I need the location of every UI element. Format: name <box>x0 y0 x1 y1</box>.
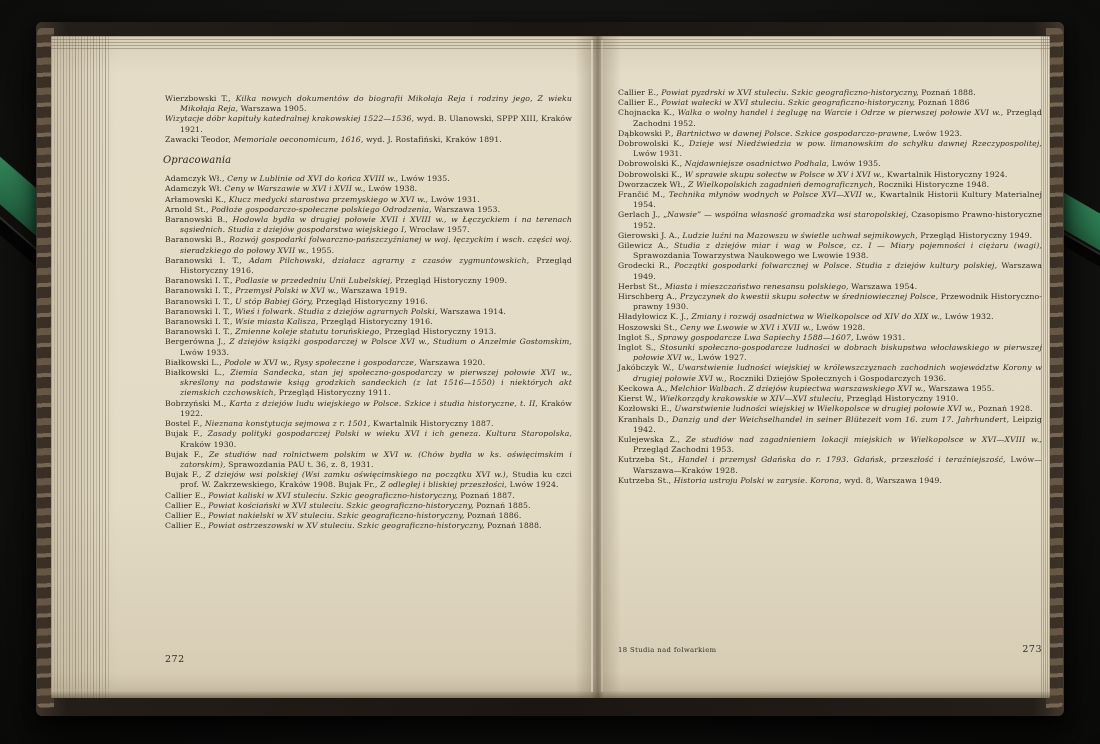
gutter-page-edge <box>591 40 593 692</box>
page-stack-fade-left <box>51 36 161 698</box>
bib-entry: Inglot S., Stosunki społeczno-gospodarcz… <box>618 343 1042 363</box>
photo-background: Wierzbowski T., Kilka nowych dokumentów … <box>0 0 1100 744</box>
bib-entry: Bobrzyński M., Karta z dziejów ludu wiej… <box>165 399 572 419</box>
open-book: Wierzbowski T., Kilka nowych dokumentów … <box>36 22 1064 716</box>
bib-entry: Baranowski I. T., Podlasie w przededniu … <box>165 276 572 286</box>
bibliography-sources-list: Wierzbowski T., Kilka nowych dokumentów … <box>165 94 572 145</box>
bib-entry: Baranowski I. T., Wieś i folwark. Studia… <box>165 307 572 317</box>
bib-entry: Dobrowolski K., W sprawie skupu sołectw … <box>618 170 1042 180</box>
bib-entry: Baranowski B., Rozwój gospodarki folwarc… <box>165 235 572 255</box>
bib-entry: Kutrzeba St., Handel i przemysł Gdańska … <box>618 455 1042 475</box>
right-page: Callier E., Powiat pyzdrski w XVI stulec… <box>618 88 1042 486</box>
bib-entry: Baranowski I. T., Zmienne koleje statutu… <box>165 327 572 337</box>
bib-entry: Gilewicz A., Studia z dziejów miar i wag… <box>618 241 1042 261</box>
page-stack-edge-bottom <box>51 686 1050 698</box>
bib-entry: Adamczyk Wł., Ceny w Lublinie od XVI do … <box>165 174 572 184</box>
bib-entry: Baranowski B., Hodowla bydła w drugiej p… <box>165 215 572 235</box>
bib-entry: Callier E., Powiat pyzdrski w XVI stulec… <box>618 88 1042 98</box>
bib-entry: Dobrowolski K., Najdawniejsze osadnictwo… <box>618 159 1042 169</box>
bib-entry: Baranowski I. T., U stóp Babiej Góry, Pr… <box>165 297 572 307</box>
bib-entry: Bujak F., Ze studiów nad rolnictwem pols… <box>165 450 572 470</box>
bib-entry: Frančić M., Technika młynów wodnych w Po… <box>618 190 1042 210</box>
page-stack-edge-right <box>1041 36 1050 698</box>
bib-entry: Herbst St., Miasta i mieszczaństwo renes… <box>618 282 1042 292</box>
bibliography-list-left: Adamczyk Wł., Ceny w Lublinie od XVI do … <box>165 174 572 531</box>
right-page-footer: 18 Studia nad folwarkiem 273 <box>618 644 1042 655</box>
bib-entry: Jakóbczyk W., Uwarstwienie ludności wiej… <box>618 363 1042 383</box>
bib-entry: Callier E., Powiat kościański w XVI stul… <box>165 501 572 511</box>
page-stack-edge-top <box>51 36 1050 51</box>
bib-entry: Kranhals D., Danzig und der Weichselhand… <box>618 415 1042 435</box>
bib-entry: Hoszowski St., Ceny we Lwowie w XVI i XV… <box>618 323 1042 333</box>
book-gutter <box>575 36 621 698</box>
signature-mark: 18 Studia nad folwarkiem <box>618 646 717 654</box>
bib-entry: Keckowa A., Melchior Walbach. Z dziejów … <box>618 384 1042 394</box>
bib-entry: Chojnacka K., Walka o wolny handel i żeg… <box>618 108 1042 128</box>
bib-entry: Gierowski J. A., Ludzie luźni na Mazowsz… <box>618 231 1042 241</box>
left-page: Wierzbowski T., Kilka nowych dokumentów … <box>165 94 572 531</box>
bib-entry: Dworzaczek Wł., Z Wielkopolskich zagadni… <box>618 180 1042 190</box>
bibliography-list-right: Callier E., Powiat pyzdrski w XVI stulec… <box>618 88 1042 486</box>
bib-entry: Wierzbowski T., Kilka nowych dokumentów … <box>165 94 572 114</box>
bib-entry: Białkowski L., Podole w XVI w., Rysy spo… <box>165 358 572 368</box>
bib-entry: Inglot S., Sprawy gospodarcze Lwa Sapiec… <box>618 333 1042 343</box>
bib-entry: Baranowski I. T., Adam Pilchowski, dział… <box>165 256 572 276</box>
bib-entry: Zawacki Teodor, Memoriale oeconomicum, 1… <box>165 135 572 145</box>
bib-entry: Kutrzeba St., Historia ustroju Polski w … <box>618 476 1042 486</box>
gutter-page-edge <box>601 40 603 692</box>
bib-entry: Gerlach J., „Nawsie” — wspólna własność … <box>618 210 1042 230</box>
bib-entry: Wizytacje dóbr kapituły katedralnej krak… <box>165 114 572 134</box>
bib-entry: Arnold St., Podłoże gospodarczo-społeczn… <box>165 205 572 215</box>
bib-entry: Kulejewska Z., Ze studiów nad zagadnieni… <box>618 435 1042 455</box>
bib-entry: Bostel F., Nieznana konstytucja sejmowa … <box>165 419 572 429</box>
bib-entry: Callier E., Powiat nakielski w XV stulec… <box>165 511 572 521</box>
bib-entry: Baranowski I. T., Wsie miasta Kalisza, P… <box>165 317 572 327</box>
bib-entry: Kierst W., Wielkorządy krakowskie w XIV—… <box>618 394 1042 404</box>
bib-entry: Arłamowski K., Klucz medycki starostwa p… <box>165 195 572 205</box>
bib-entry: Baranowski I. T., Przemysł Polski w XVI … <box>165 286 572 296</box>
bib-entry: Kozłowski E., Uwarstwienie ludności wiej… <box>618 404 1042 414</box>
bib-entry: Dąbkowski P., Bartnictwo w dawnej Polsce… <box>618 129 1042 139</box>
bib-entry: Callier E., Powiat wałecki w XVI stuleci… <box>618 98 1042 108</box>
page-number-right: 273 <box>1022 644 1042 655</box>
bib-entry: Adamczyk Wł. Ceny w Warszawie w XVI i XV… <box>165 184 572 194</box>
bib-entry: Białkowski L., Ziemia Sandecka, stan jej… <box>165 368 572 399</box>
section-heading: Opracowania <box>163 156 572 166</box>
bib-entry: Hirschberg A., Przyczynek do kwestii sku… <box>618 292 1042 312</box>
page-number-left: 272 <box>165 654 185 665</box>
bib-entry: Callier E., Powiat kaliski w XVI stuleci… <box>165 491 572 501</box>
bib-entry: Bujak F., Z dziejów wsi polskiej (Wsi za… <box>165 470 572 490</box>
bib-entry: Callier E., Powiat ostrzeszowski w XV st… <box>165 521 572 531</box>
bib-entry: Grodecki R., Początki gospodarki folwarc… <box>618 261 1042 281</box>
bib-entry: Bujak F., Zasady polityki gospodarczej P… <box>165 429 572 449</box>
bib-entry: Bergerówna J., Z dziejów książki gospoda… <box>165 337 572 357</box>
bib-entry: Dobrowolski K., Dzieje wsi Niedźwiedzia … <box>618 139 1042 159</box>
bib-entry: Hładyłowicz K. J., Zmiany i rozwój osadn… <box>618 312 1042 322</box>
